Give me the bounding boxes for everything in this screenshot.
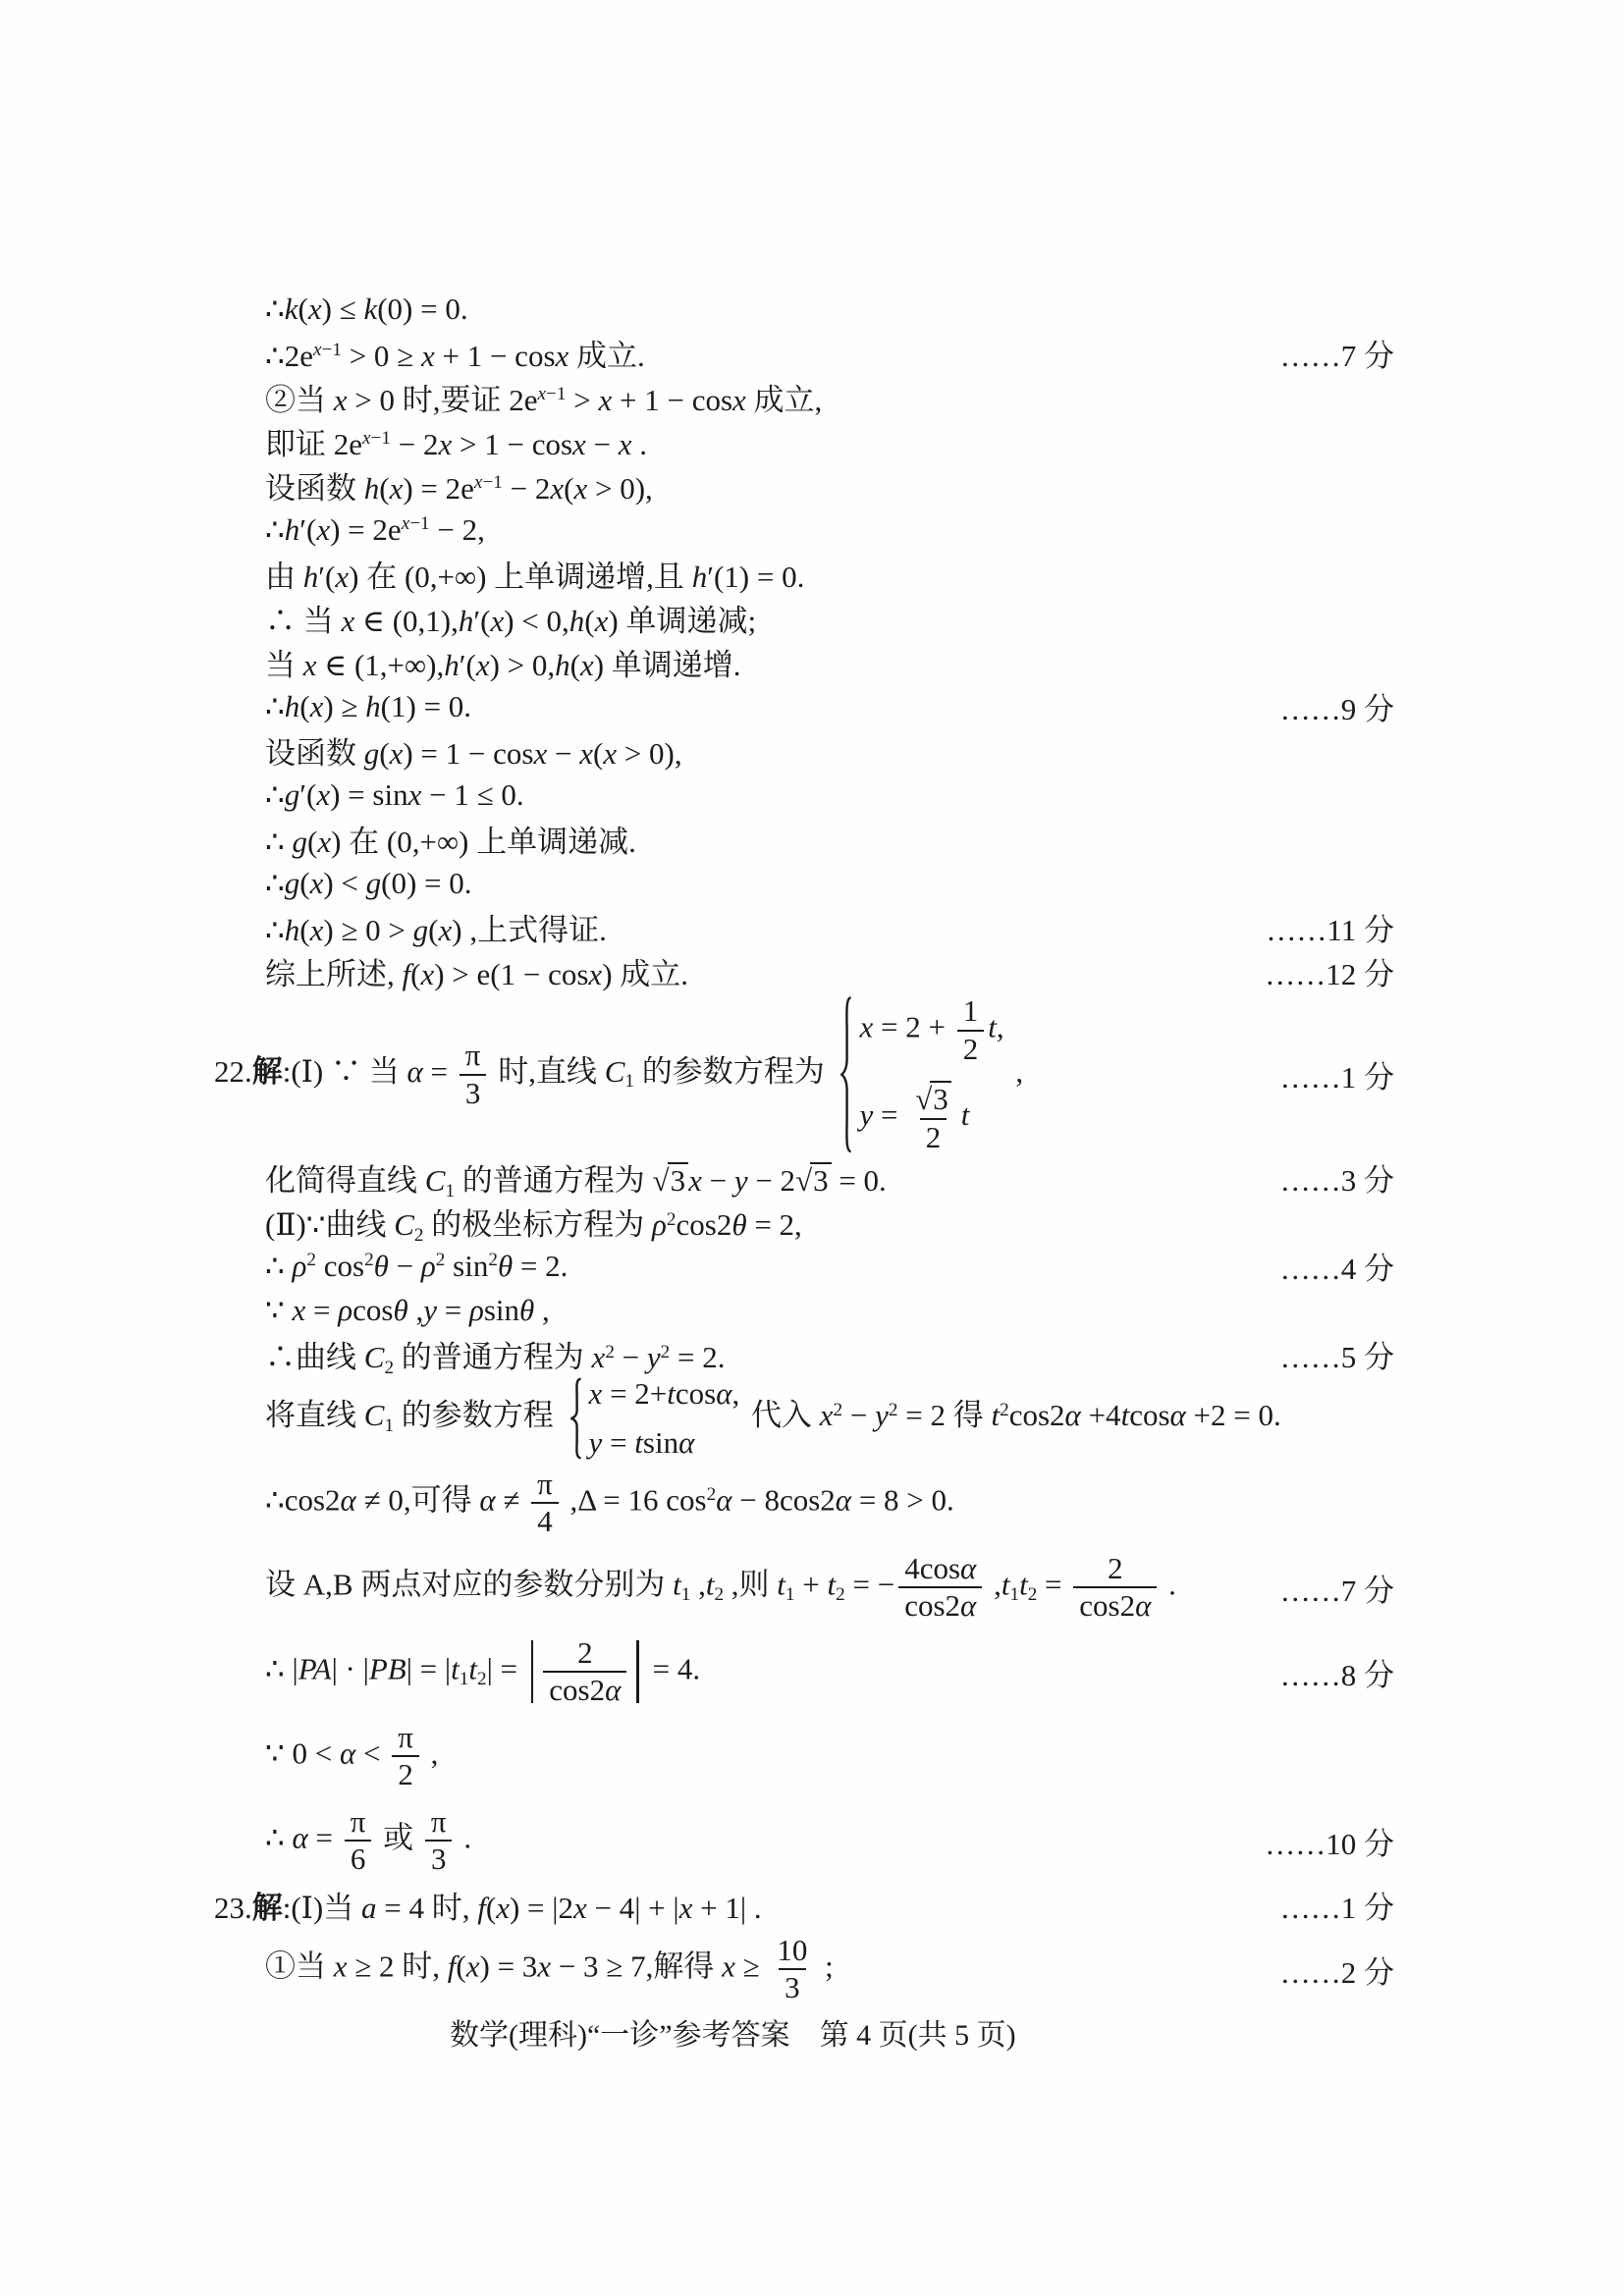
score-marker: ……11 分 xyxy=(1266,905,1394,949)
square-root: √3 xyxy=(795,1163,832,1198)
cases-brace-icon xyxy=(838,994,853,1154)
score-marker: ……7 分 xyxy=(1280,331,1394,375)
math-expression: ∴g′(x) = sinx − 1 ≤ 0. xyxy=(265,777,524,813)
math-expression: 由 h′(x) 在 (0,+∞) 上单调递增,且 h′(1) = 0. xyxy=(265,552,804,596)
fraction: π2 xyxy=(392,1720,419,1793)
answer-line: (Ⅱ)∵曲线 C2 的极坐标方程为 ρ2cos2θ = 2, xyxy=(265,1200,1394,1244)
score-marker: ……4 分 xyxy=(1280,1244,1394,1288)
answer-line: ∴k(x) ≤ k(0) = 0. xyxy=(265,287,1394,331)
math-expression: ∴2ex−1 > 0 ≥ x + 1 − cosx 成立. xyxy=(265,331,645,375)
page-footer: 数学(理科)“一诊”参考答案 第 4 页(共 5 页) xyxy=(450,2010,1016,2054)
fraction: √32 xyxy=(909,1081,957,1155)
answer-line: ∵ 0 < α < π2 , xyxy=(265,1714,1394,1798)
cases-brace-icon xyxy=(568,1377,583,1460)
answer-line: 即证 2ex−1 − 2x > 1 − cosx − x . xyxy=(265,419,1394,463)
math-expression: ∴ 当 x ∈ (0,1),h′(x) < 0,h(x) 单调递减; xyxy=(265,596,756,640)
math-expression: 设 A,B 两点对应的参数分别为 t1 ,t2 ,则 t1 + t2 = −4c… xyxy=(265,1551,1176,1625)
fraction: π4 xyxy=(531,1467,559,1540)
fraction: π3 xyxy=(460,1038,487,1111)
answer-line: 23.解:(Ⅰ)当 a = 4 时, f(x) = |2x − 4| + |x … xyxy=(214,1883,1394,1927)
answer-line: ∴g′(x) = sinx − 1 ≤ 0. xyxy=(265,773,1394,817)
score-marker: ……1 分 xyxy=(1280,1883,1394,1927)
answer-line: ∴h(x) ≥ h(1) = 0.……9 分 xyxy=(265,684,1394,728)
tall-abs-bar xyxy=(636,1640,639,1703)
answer-line: ∴cos2α ≠ 0,可得 α ≠ π4 ,Δ = 16 cos2α − 8co… xyxy=(265,1461,1394,1545)
answer-line: ∴ 当 x ∈ (0,1),h′(x) < 0,h(x) 单调递减; xyxy=(265,596,1394,640)
score-marker: ……5 分 xyxy=(1280,1332,1394,1376)
fraction: 2cos2α xyxy=(543,1635,626,1709)
fraction: 4cosαcos2α xyxy=(898,1551,982,1625)
answer-line: 设函数 g(x) = 1 − cosx − x(x > 0), xyxy=(265,728,1394,773)
fraction: 12 xyxy=(957,993,985,1067)
answer-line: ∴ α = π6 或 π3 .……10 分 xyxy=(265,1798,1394,1883)
math-expression: ∴ ρ2 cos2θ − ρ2 sin2θ = 2. xyxy=(265,1249,568,1284)
answer-line: ∴h′(x) = 2ex−1 − 2, xyxy=(265,507,1394,552)
math-expression: 22.解:(Ⅰ) ∵ 当 α = π3 时,直线 C1 的参数方程为 x = 2… xyxy=(214,993,1023,1155)
answer-line: ∴曲线 C2 的普通方程为 x2 − y2 = 2.……5 分 xyxy=(265,1332,1394,1376)
answer-line: ①当 x ≥ 2 时, f(x) = 3x − 3 ≥ 7,解得 x ≥ 103… xyxy=(265,1927,1394,2011)
answer-line: 由 h′(x) 在 (0,+∞) 上单调递增,且 h′(1) = 0. xyxy=(265,552,1394,596)
equation-system: x = 2 + 12t,y = √32t xyxy=(836,993,1003,1155)
score-marker: ……9 分 xyxy=(1280,684,1394,728)
math-expression: 化简得直线 C1 的普通方程为 √3x − y − 2√3 = 0. xyxy=(265,1155,887,1200)
fraction: π6 xyxy=(345,1804,372,1878)
math-expression: 设函数 g(x) = 1 − cosx − x(x > 0), xyxy=(265,728,682,773)
math-expression: (Ⅱ)∵曲线 C2 的极坐标方程为 ρ2cos2θ = 2, xyxy=(265,1200,802,1244)
answer-line: ∴2ex−1 > 0 ≥ x + 1 − cosx 成立.……7 分 xyxy=(265,331,1394,375)
answer-line: 设函数 h(x) = 2ex−1 − 2x(x > 0), xyxy=(265,463,1394,507)
answer-line: 设 A,B 两点对应的参数分别为 t1 ,t2 ,则 t1 + t2 = −4c… xyxy=(265,1545,1394,1629)
answer-line: ∴ ρ2 cos2θ − ρ2 sin2θ = 2.……4 分 xyxy=(265,1244,1394,1288)
answer-line: ∵ x = ρcosθ ,y = ρsinθ , xyxy=(265,1288,1394,1332)
tall-abs-bar xyxy=(531,1640,534,1703)
score-marker: ……1 分 xyxy=(1280,1052,1394,1096)
math-expression: ②当 x > 0 时,要证 2ex−1 > x + 1 − cosx 成立, xyxy=(265,375,822,419)
score-marker: ……3 分 xyxy=(1280,1155,1394,1200)
fraction: 2cos2α xyxy=(1073,1551,1157,1625)
math-expression: ∴ |PA| · |PB| = |t1t2| = 2cos2α = 4. xyxy=(265,1635,700,1709)
math-expression: 综上所述, f(x) > e(1 − cosx) 成立. xyxy=(265,949,688,993)
math-expression: ∴h(x) ≥ 0 > g(x) ,上式得证. xyxy=(265,905,607,949)
answer-lines-container: ∴k(x) ≤ k(0) = 0.∴2ex−1 > 0 ≥ x + 1 − co… xyxy=(265,287,1394,2011)
math-expression: ∴cos2α ≠ 0,可得 α ≠ π4 ,Δ = 16 cos2α − 8co… xyxy=(265,1467,954,1540)
fraction: π3 xyxy=(425,1804,453,1878)
math-expression: ∵ 0 < α < π2 , xyxy=(265,1720,438,1793)
answer-line: 22.解:(Ⅰ) ∵ 当 α = π3 时,直线 C1 的参数方程为 x = 2… xyxy=(214,993,1394,1155)
answer-line: 当 x ∈ (1,+∞),h′(x) > 0,h(x) 单调递增. xyxy=(265,640,1394,684)
square-root: √3 xyxy=(653,1163,689,1198)
answer-line: ∴g(x) < g(0) = 0. xyxy=(265,861,1394,905)
square-root: √3 xyxy=(915,1082,951,1116)
score-marker: ……2 分 xyxy=(1280,1948,1394,1992)
answer-line: ②当 x > 0 时,要证 2ex−1 > x + 1 − cosx 成立, xyxy=(265,375,1394,419)
math-expression: ∴h′(x) = 2ex−1 − 2, xyxy=(265,512,485,548)
math-expression: ∴曲线 C2 的普通方程为 x2 − y2 = 2. xyxy=(265,1332,726,1376)
equation-system: x = 2+tcosα,y = tsinα xyxy=(566,1376,740,1461)
math-expression: 设函数 h(x) = 2ex−1 − 2x(x > 0), xyxy=(265,463,653,507)
answer-line: 化简得直线 C1 的普通方程为 √3x − y − 2√3 = 0.……3 分 xyxy=(265,1155,1394,1200)
answer-line: ∴ g(x) 在 (0,+∞) 上单调递减. xyxy=(265,817,1394,861)
answer-line: 将直线 C1 的参数方程 x = 2+tcosα,y = tsinα 代入 x2… xyxy=(265,1376,1394,1461)
math-expression: ∴h(x) ≥ h(1) = 0. xyxy=(265,689,471,724)
math-expression: ∴k(x) ≤ k(0) = 0. xyxy=(265,292,468,327)
math-expression: 当 x ∈ (1,+∞),h′(x) > 0,h(x) 单调递增. xyxy=(265,640,741,684)
math-expression: ∵ x = ρcosθ ,y = ρsinθ , xyxy=(265,1293,550,1328)
score-marker: ……8 分 xyxy=(1280,1650,1394,1694)
score-marker: ……12 分 xyxy=(1265,949,1394,993)
fraction: 103 xyxy=(771,1933,813,2006)
math-expression: ∴ g(x) 在 (0,+∞) 上单调递减. xyxy=(265,817,636,861)
math-expression: 即证 2ex−1 − 2x > 1 − cosx − x . xyxy=(265,419,647,463)
math-expression: ①当 x ≥ 2 时, f(x) = 3x − 3 ≥ 7,解得 x ≥ 103… xyxy=(265,1933,834,2006)
answer-line: ∴h(x) ≥ 0 > g(x) ,上式得证.……11 分 xyxy=(265,905,1394,949)
answer-line: ∴ |PA| · |PB| = |t1t2| = 2cos2α = 4.……8 … xyxy=(265,1629,1394,1714)
math-expression: 23.解:(Ⅰ)当 a = 4 时, f(x) = |2x − 4| + |x … xyxy=(214,1883,762,1927)
math-expression: 将直线 C1 的参数方程 x = 2+tcosα,y = tsinα 代入 x2… xyxy=(265,1376,1281,1461)
math-expression: ∴g(x) < g(0) = 0. xyxy=(265,866,472,901)
score-marker: ……10 分 xyxy=(1265,1819,1394,1863)
math-expression: ∴ α = π6 或 π3 . xyxy=(265,1804,471,1878)
answer-line: 综上所述, f(x) > e(1 − cosx) 成立.……12 分 xyxy=(265,949,1394,993)
score-marker: ……7 分 xyxy=(1280,1566,1394,1610)
